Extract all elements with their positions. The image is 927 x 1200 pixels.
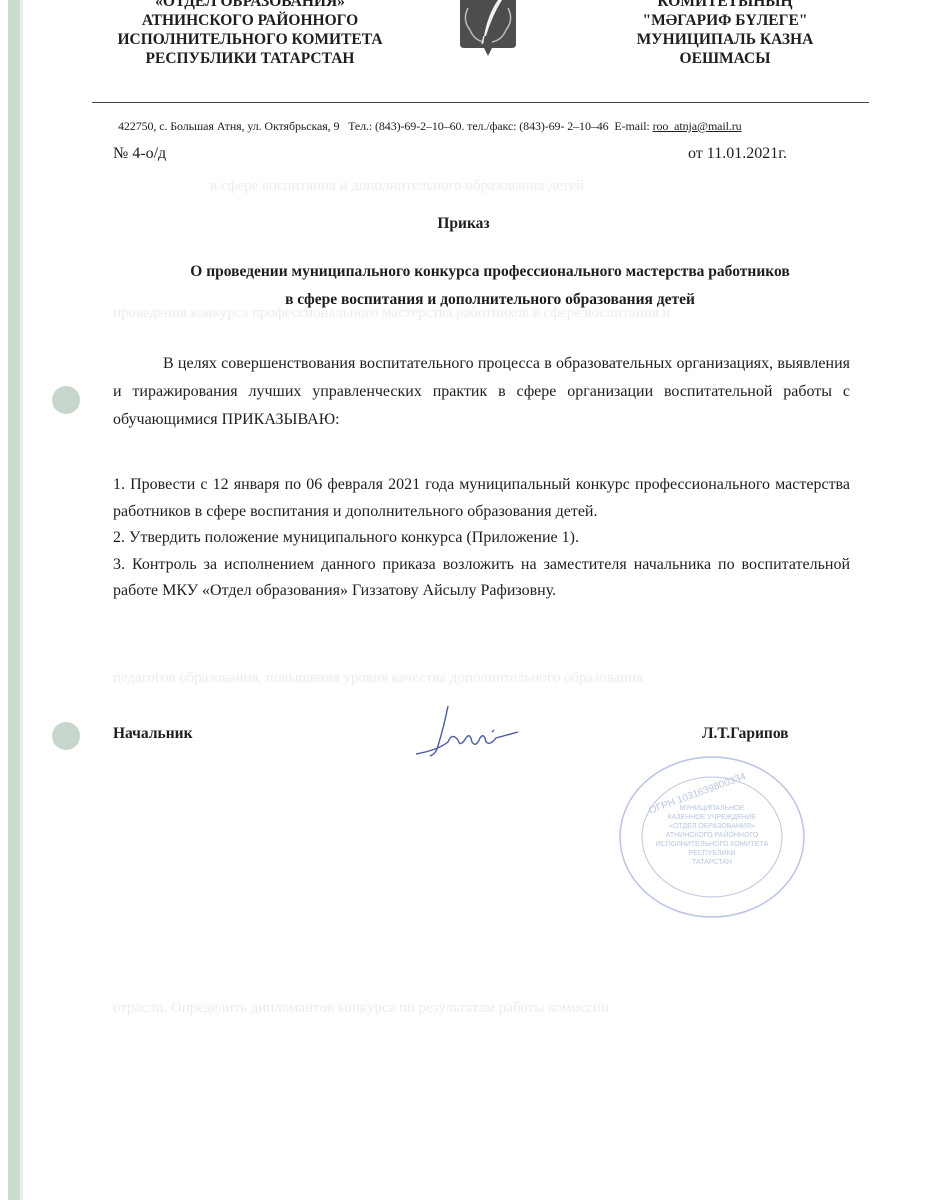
phone-numbers: Тел.: (843)-69-2–10–60. тел./факс: (843)… [348,119,608,133]
letterhead-line: «ОТДЕЛ ОБРАЗОВАНИЯ» [115,0,385,11]
letterhead-line: ОЕШМАСЫ [605,49,845,68]
signatory-name: Л.Т.Гарипов [702,725,789,743]
svg-text:РЕСПУБЛИКИ: РЕСПУБЛИКИ [688,850,735,857]
subject-line: в сфере воспитания и дополнительного обр… [110,286,870,314]
letterhead-line: ИСПОЛНИТЕЛЬНОГО КОМИТЕТА [115,30,385,49]
letterhead-line: МУНИЦИПАЛЬ КАЗНА [605,30,845,49]
preamble-paragraph: В целях совершенствования воспитательног… [113,350,850,434]
signatory-position: Начальник [113,725,193,743]
letterhead-line: КОМИТЕТЫНЫҢ [605,0,845,11]
punch-hole-top [52,386,80,414]
binding-strip-edge [20,0,23,1200]
contact-line: 422750, с. Большая Атня, ул. Октябрьская… [118,119,742,134]
svg-text:МУНИЦИПАЛЬНОЕ: МУНИЦИПАЛЬНОЕ [680,805,745,812]
document-title: Приказ [0,215,927,233]
show-through-text: педагогов образования, повышения уровня … [113,670,643,687]
punch-hole-bottom [52,722,80,750]
letterhead-russian: «ОТДЕЛ ОБРАЗОВАНИЯ» АТНИНСКОГО РАЙОННОГО… [115,0,385,68]
svg-text:АТНИНСКОГО РАЙОННОГО: АТНИНСКОГО РАЙОННОГО [666,830,759,839]
letterhead-divider [92,102,869,103]
order-item: 1. Провести с 12 января по 06 февраля 20… [113,472,850,525]
document-number: № 4-о/д [113,145,166,163]
subject-line: О проведении муниципального конкурса про… [110,258,870,286]
document-subject: О проведении муниципального конкурса про… [110,258,870,314]
coat-of-arms-quill-icon [458,0,518,56]
letterhead-line: "МӘГАРИФ БҮЛЕГЕ" [605,11,845,30]
svg-text:ИСПОЛНИТЕЛЬНОГО КОМИТЕТА: ИСПОЛНИТЕЛЬНОГО КОМИТЕТА [656,841,769,848]
handwritten-signature [408,702,528,762]
address: 422750, с. Большая Атня, ул. Октябрьская… [118,119,339,133]
svg-text:КАЗЕННОЕ УЧРЕЖДЕНИЕ: КАЗЕННОЕ УЧРЕЖДЕНИЕ [668,814,757,821]
email-label: E-mail: [614,119,649,133]
letterhead-line: АТНИНСКОГО РАЙОННОГО [115,11,385,30]
order-item: 2. Утвердить положение муниципального ко… [113,525,850,552]
document-date: от 11.01.2021г. [688,145,787,163]
show-through-text: отрасли. Определить дипломантов конкурса… [113,1000,609,1017]
svg-text:ТАТАРСТАН: ТАТАРСТАН [692,859,732,866]
order-items: 1. Провести с 12 января по 06 февраля 20… [113,472,850,605]
email-link[interactable]: roo_atnja@mail.ru [653,119,742,133]
official-seal-stamp: ОГРН 1031639800334 МУНИЦИПАЛЬНОЕ КАЗЕННО… [612,752,812,922]
letterhead-tatar: КОМИТЕТЫНЫҢ "МӘГАРИФ БҮЛЕГЕ" МУНИЦИПАЛЬ … [605,0,845,68]
letterhead-line: РЕСПУБЛИКИ ТАТАРСТАН [115,49,385,68]
binding-strip [8,0,20,1200]
order-item: 3. Контроль за исполнением данного прика… [113,552,850,605]
show-through-text: в сфере воспитания и дополнительного обр… [210,178,584,195]
svg-text:«ОТДЕЛ ОБРАЗОВАНИЯ»: «ОТДЕЛ ОБРАЗОВАНИЯ» [669,823,755,830]
